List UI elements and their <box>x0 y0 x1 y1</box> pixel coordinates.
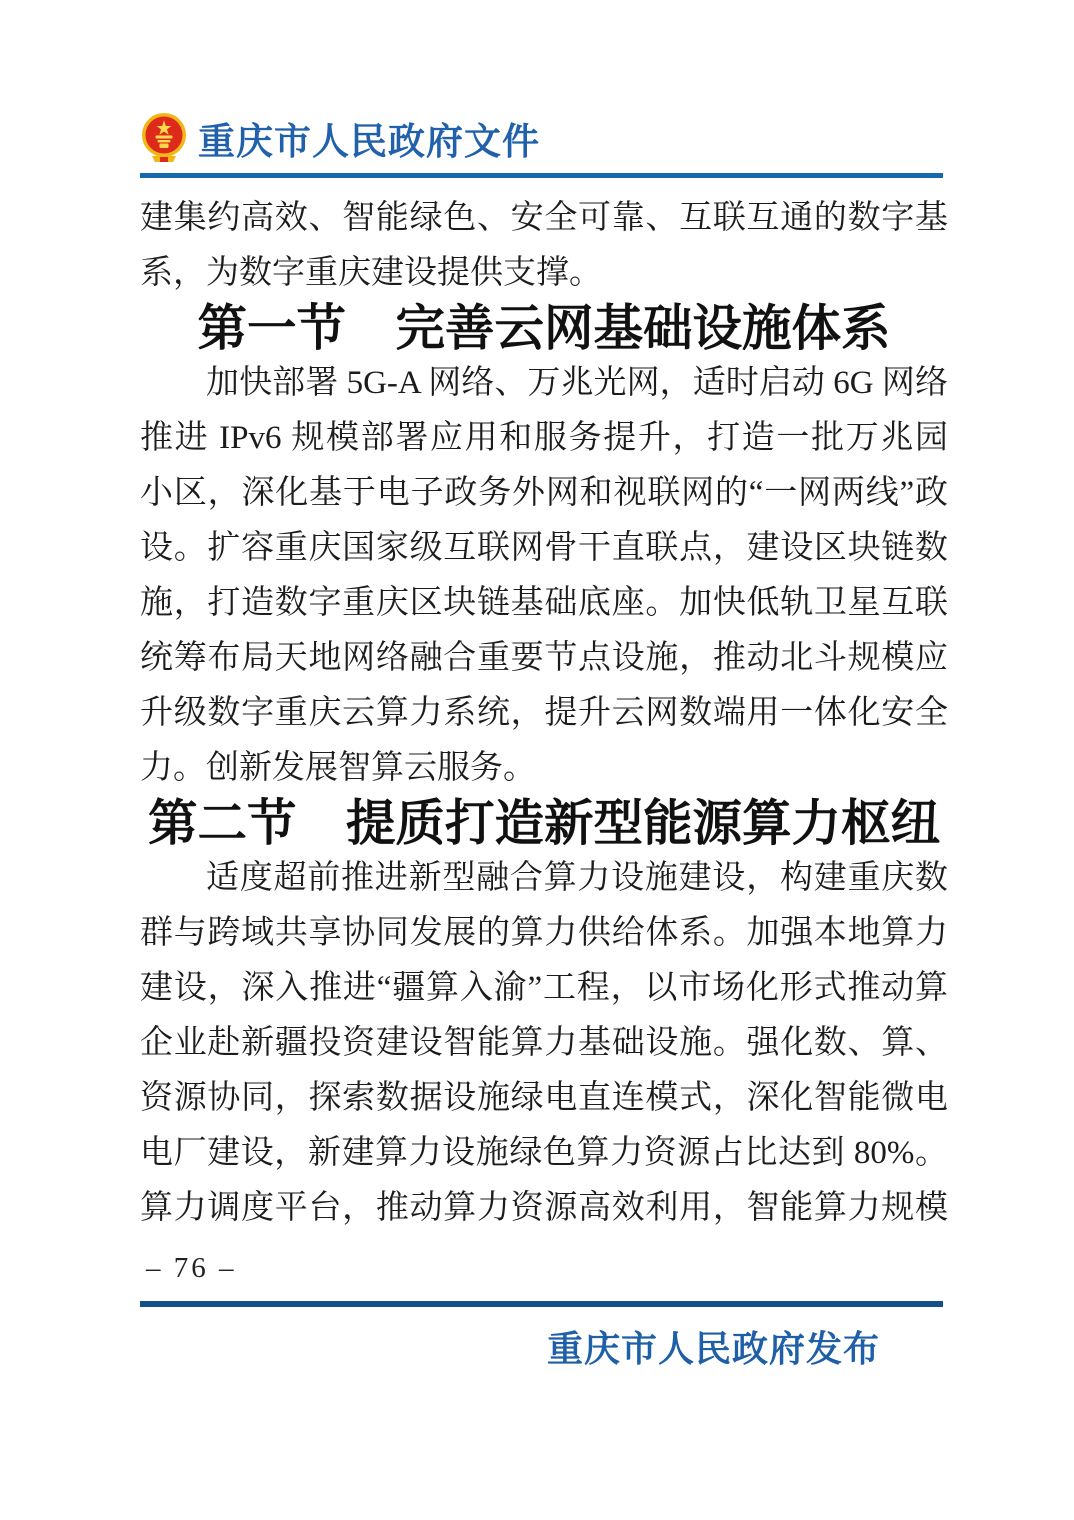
body-line: 统筹布局天地网络融合重要节点设施，推动北斗规模应用。持续 <box>140 631 948 686</box>
document-body: 建集约高效、智能绿色、安全可靠、互联互通的数字基础设施体 系，为数字重庆建设提供… <box>140 191 948 1236</box>
body-line: 算力调度平台，推动算力资源高效利用，智能算力规模达到 15 <box>140 1181 948 1236</box>
body-line: 系，为数字重庆建设提供支撑。 <box>140 246 948 301</box>
body-line: 推进 IPv6 规模部署应用和服务提升，打造一批万兆园区、工厂、 <box>140 411 948 466</box>
publisher-label: 重庆市人民政府发布 <box>0 1321 880 1372</box>
section-heading-1: 第一节 完善云网基础设施体系 <box>140 301 948 356</box>
body-line: 群与跨域共享协同发展的算力供给体系。加强本地算力基础设施 <box>140 906 948 961</box>
page-number: – 76 – <box>146 1250 1074 1286</box>
body-line: 电厂建设，新建算力设施绿色算力资源占比达到 80%。迭代西部 <box>140 1126 948 1181</box>
china-national-emblem-icon <box>140 110 188 166</box>
document-header: 重庆市人民政府文件 <box>140 110 948 166</box>
footer-divider <box>140 1301 943 1307</box>
body-line: 小区，深化基于电子政务外网和视联网的“一网两线”政务网建 <box>140 466 948 521</box>
body-line: 建设，深入推进“疆算入渝”工程，以市场化形式推动算力产业 <box>140 961 948 1016</box>
body-line: 施，打造数字重庆区块链基础底座。加快低轨卫星互联网建设， <box>140 576 948 631</box>
body-line: 资源协同，探索数据设施绿电直连模式，深化智能微电网、虚拟 <box>140 1071 948 1126</box>
document-page: 重庆市人民政府文件 建集约高效、智能绿色、安全可靠、互联互通的数字基础设施体 系… <box>0 0 1074 1520</box>
body-line: 企业赴新疆投资建设智能算力基础设施。强化数、算、电、网等 <box>140 1016 948 1071</box>
body-line: 建集约高效、智能绿色、安全可靠、互联互通的数字基础设施体 <box>140 191 948 246</box>
body-line: 升级数字重庆云算力系统，提升云网数端用一体化安全防护能 <box>140 686 948 741</box>
body-line: 适度超前推进新型融合算力设施建设，构建重庆数据中心集 <box>140 851 948 906</box>
header-divider <box>140 173 943 178</box>
body-line: 加快部署 5G-A 网络、万兆光网，适时启动 6G 网络商用， <box>140 356 948 411</box>
body-line: 力。创新发展智算云服务。 <box>140 741 948 796</box>
body-line: 设。扩容重庆国家级互联网骨干直联点，建设区块链数字基础设 <box>140 521 948 576</box>
section-heading-2: 第二节 提质打造新型能源算力枢纽 <box>140 796 948 851</box>
document-title: 重庆市人民政府文件 <box>198 111 540 165</box>
